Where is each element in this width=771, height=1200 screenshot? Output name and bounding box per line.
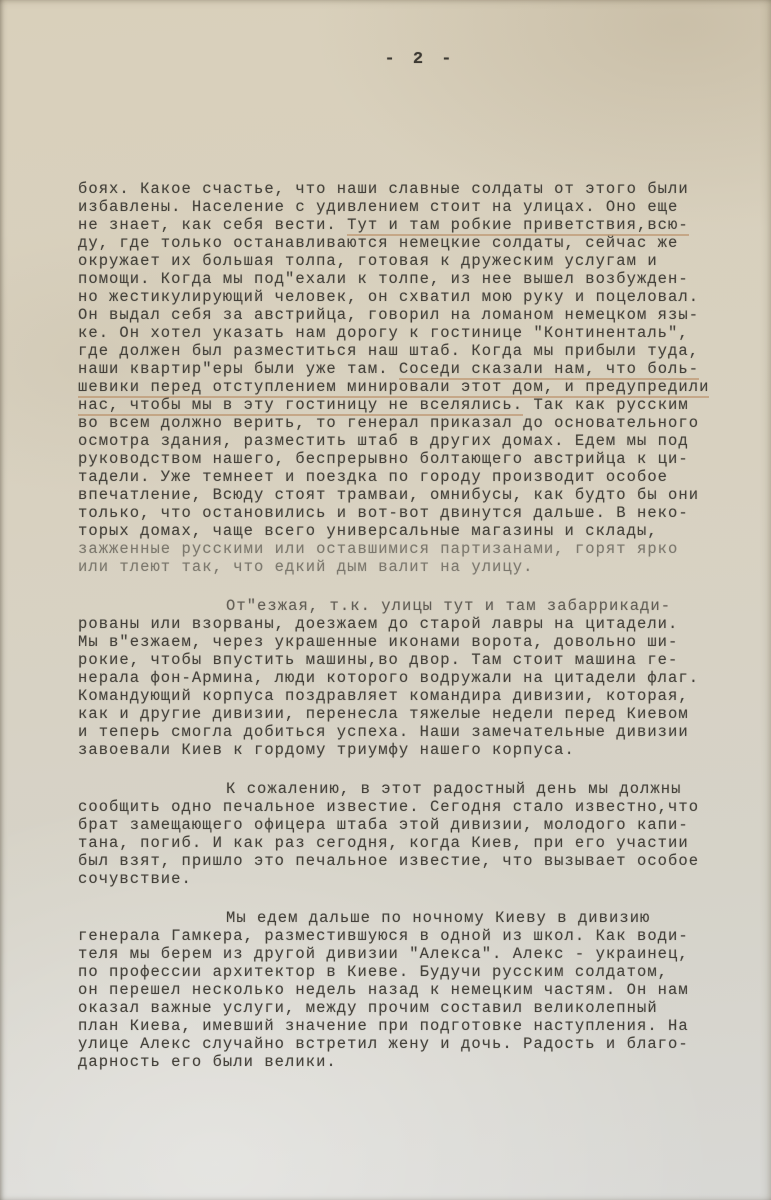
text-line: рокие, чтобы впустить машины,во двор. Та… [78,651,722,669]
text-segment: помощи. Когда мы под"ехали к толпе, из н… [78,270,689,288]
text-line: Мы едем дальше по ночному Киеву в дивизи… [78,909,722,927]
text-line: как и другие дивизии, перенесла тяжелые … [78,705,722,723]
text-segment: сочувствие. [78,870,192,888]
text-line: зажженные русскими или оставшимися парти… [78,540,722,558]
text-line: сообщить одно печальное известие. Сегодн… [78,798,722,816]
text-line: руководством нашего, беспрерывно болтающ… [78,450,722,468]
text-segment: Командующий корпуса поздравляет командир… [78,687,689,705]
text-line: окружает их большая толпа, готовая к дру… [78,252,722,270]
text-segment: К сожалению, в этот радостный день мы до… [226,780,681,798]
scanned-document-page: - 2 - боях. Какое счастье, что наши слав… [0,0,771,1200]
text-line: не знает, как себя вести. Тут и там робк… [78,216,722,234]
text-line: нас, чтобы мы в эту гостиницу не вселяли… [78,396,722,414]
text-line: рованы или взорваны, доезжаем до старой … [78,615,722,633]
text-segment: Мы едем дальше по ночному Киеву в дивизи… [226,909,650,927]
text-segment: наши квартир"еры были уже там. [78,360,399,378]
text-segment: руководством нашего, беспрерывно болтающ… [78,450,689,468]
text-line: ке. Он хотел указать нам дорогу к гостин… [78,324,722,342]
text-line: во всем должно верить, то генерал приказ… [78,414,722,432]
text-line: избавлены. Население с удивлением стоит … [78,198,722,216]
text-segment: ке. Он хотел указать нам дорогу к гостин… [78,324,689,342]
text-segment: рокие, чтобы впустить машины,во двор. Та… [78,651,678,669]
text-segment: От"езжая, т.к. улицы тут и там забаррика… [226,597,671,615]
text-segment: брат замещающего офицера штаба этой диви… [78,816,689,834]
text-line: К сожалению, в этот радостный день мы до… [78,780,722,798]
underlined-text-segment: Тут и там робкие приветствия,всю- [347,216,689,236]
text-line: дарность его были велики. [78,1053,722,1071]
text-segment: но жестикулирующий человек, он схватил м… [78,288,699,306]
text-segment: теля мы берем из другой дивизии "Алекса"… [78,945,689,963]
text-line: завоевали Киев к гордому триумфу нашего … [78,741,722,759]
text-segment: или тлеют так, что едкий дым валит на ул… [78,558,533,576]
text-line: сочувствие. [78,870,722,888]
text-line: Мы в"езжаем, через украшенные иконами во… [78,633,722,651]
text-line: тадели. Уже темнеет и поездка по городу … [78,468,722,486]
text-segment: как и другие дивизии, перенесла тяжелые … [78,705,689,723]
underlined-text-segment: нас, чтобы мы в эту гостиницу не вселяли… [78,396,523,416]
text-segment: Так как русским [523,396,689,414]
text-line: осмотра здания, разместить штаб в других… [78,432,722,450]
text-segment: и теперь смогла добиться успеха. Наши за… [78,723,689,741]
text-segment: завоевали Киев к гордому триумфу нашего … [78,741,575,759]
text-line: помощи. Когда мы под"ехали к толпе, из н… [78,270,722,288]
text-line: нерала фон-Армина, люди которого водружа… [78,669,722,687]
text-segment: план Киева, имевший значение при подгото… [78,1017,689,1035]
text-line: он перешел несколько недель назад к неме… [78,981,722,999]
page-number: - 2 - [350,50,490,69]
text-line: генерала Гамкера, разместившуюся в одной… [78,927,722,945]
underlined-text-segment: Соседи сказали нам, что боль- [399,360,699,380]
text-segment: генерала Гамкера, разместившуюся в одной… [78,927,689,945]
text-segment: нерала фон-Армина, люди которого водружа… [78,669,699,687]
text-line: наши квартир"еры были уже там. Соседи ск… [78,360,722,378]
text-line: по профессии архитектор в Киеве. Будучи … [78,963,722,981]
text-line: От"езжая, т.к. улицы тут и там забаррика… [78,597,722,615]
text-line: ду, где только останавливаются немецкие … [78,234,722,252]
text-line: теля мы берем из другой дивизии "Алекса"… [78,945,722,963]
text-segment: по профессии архитектор в Киеве. Будучи … [78,963,668,981]
text-segment: впечатление, Всюду стоят трамваи, омнибу… [78,486,699,504]
underlined-text-segment: шевики перед отступлением минировали это… [78,378,709,398]
text-line: впечатление, Всюду стоят трамваи, омнибу… [78,486,722,504]
paragraph: боях. Какое счастье, что наши славные со… [78,180,722,576]
text-segment: только, что остановились и вот-вот двину… [78,504,689,522]
paragraph: От"езжая, т.к. улицы тут и там забаррика… [78,597,722,759]
text-segment: ду, где только останавливаются немецкие … [78,234,678,252]
text-line: шевики перед отступлением минировали это… [78,378,722,396]
text-line: или тлеют так, что едкий дым валит на ул… [78,558,722,576]
paragraph: Мы едем дальше по ночному Киеву в дивизи… [78,909,722,1071]
text-line: только, что остановились и вот-вот двину… [78,504,722,522]
text-line: боях. Какое счастье, что наши славные со… [78,180,722,198]
text-line: улице Алекс случайно встретил жену и доч… [78,1035,722,1053]
text-line: но жестикулирующий человек, он схватил м… [78,288,722,306]
text-segment: Мы в"езжаем, через украшенные иконами во… [78,633,678,651]
text-segment: оказал важные услуги, между прочим соста… [78,999,658,1017]
text-segment: Он выдал себя за австрийца, говорил на л… [78,306,699,324]
text-line: оказал важные услуги, между прочим соста… [78,999,722,1017]
text-segment: окружает их большая толпа, готовая к дру… [78,252,658,270]
text-segment: дарность его были велики. [78,1053,337,1071]
text-line: брат замещающего офицера штаба этой диви… [78,816,722,834]
text-segment: тана, погиб. И как раз сегодня, когда Ки… [78,834,689,852]
text-segment: улице Алекс случайно встретил жену и доч… [78,1035,689,1053]
text-line: где должен был разместиться наш штаб. Ко… [78,342,722,360]
text-segment: боях. Какое счастье, что наши славные со… [78,180,689,198]
text-segment: тадели. Уже темнеет и поездка по городу … [78,468,668,486]
text-line: торых домах, чаще всего универсальные ма… [78,522,722,540]
text-line: был взят, пришло это печальное известие,… [78,852,722,870]
text-segment: был взят, пришло это печальное известие,… [78,852,699,870]
text-segment: зажженные русскими или оставшимися парти… [78,540,678,558]
paragraph: К сожалению, в этот радостный день мы до… [78,780,722,888]
text-segment: где должен был разместиться наш штаб. Ко… [78,342,699,360]
text-segment: во всем должно верить, то генерал приказ… [78,414,699,432]
text-segment: рованы или взорваны, доезжаем до старой … [78,615,678,633]
text-line: и теперь смогла добиться успеха. Наши за… [78,723,722,741]
text-segment: он перешел несколько недель назад к неме… [78,981,689,999]
text-segment: торых домах, чаще всего универсальные ма… [78,522,658,540]
document-body: боях. Какое счастье, что наши славные со… [78,180,722,1071]
text-segment: избавлены. Население с удивлением стоит … [78,198,678,216]
text-segment: сообщить одно печальное известие. Сегодн… [78,798,699,816]
text-segment: не знает, как себя вести. [78,216,347,234]
text-line: тана, погиб. И как раз сегодня, когда Ки… [78,834,722,852]
text-line: план Киева, имевший значение при подгото… [78,1017,722,1035]
text-segment: осмотра здания, разместить штаб в других… [78,432,689,450]
text-line: Он выдал себя за австрийца, говорил на л… [78,306,722,324]
text-line: Командующий корпуса поздравляет командир… [78,687,722,705]
